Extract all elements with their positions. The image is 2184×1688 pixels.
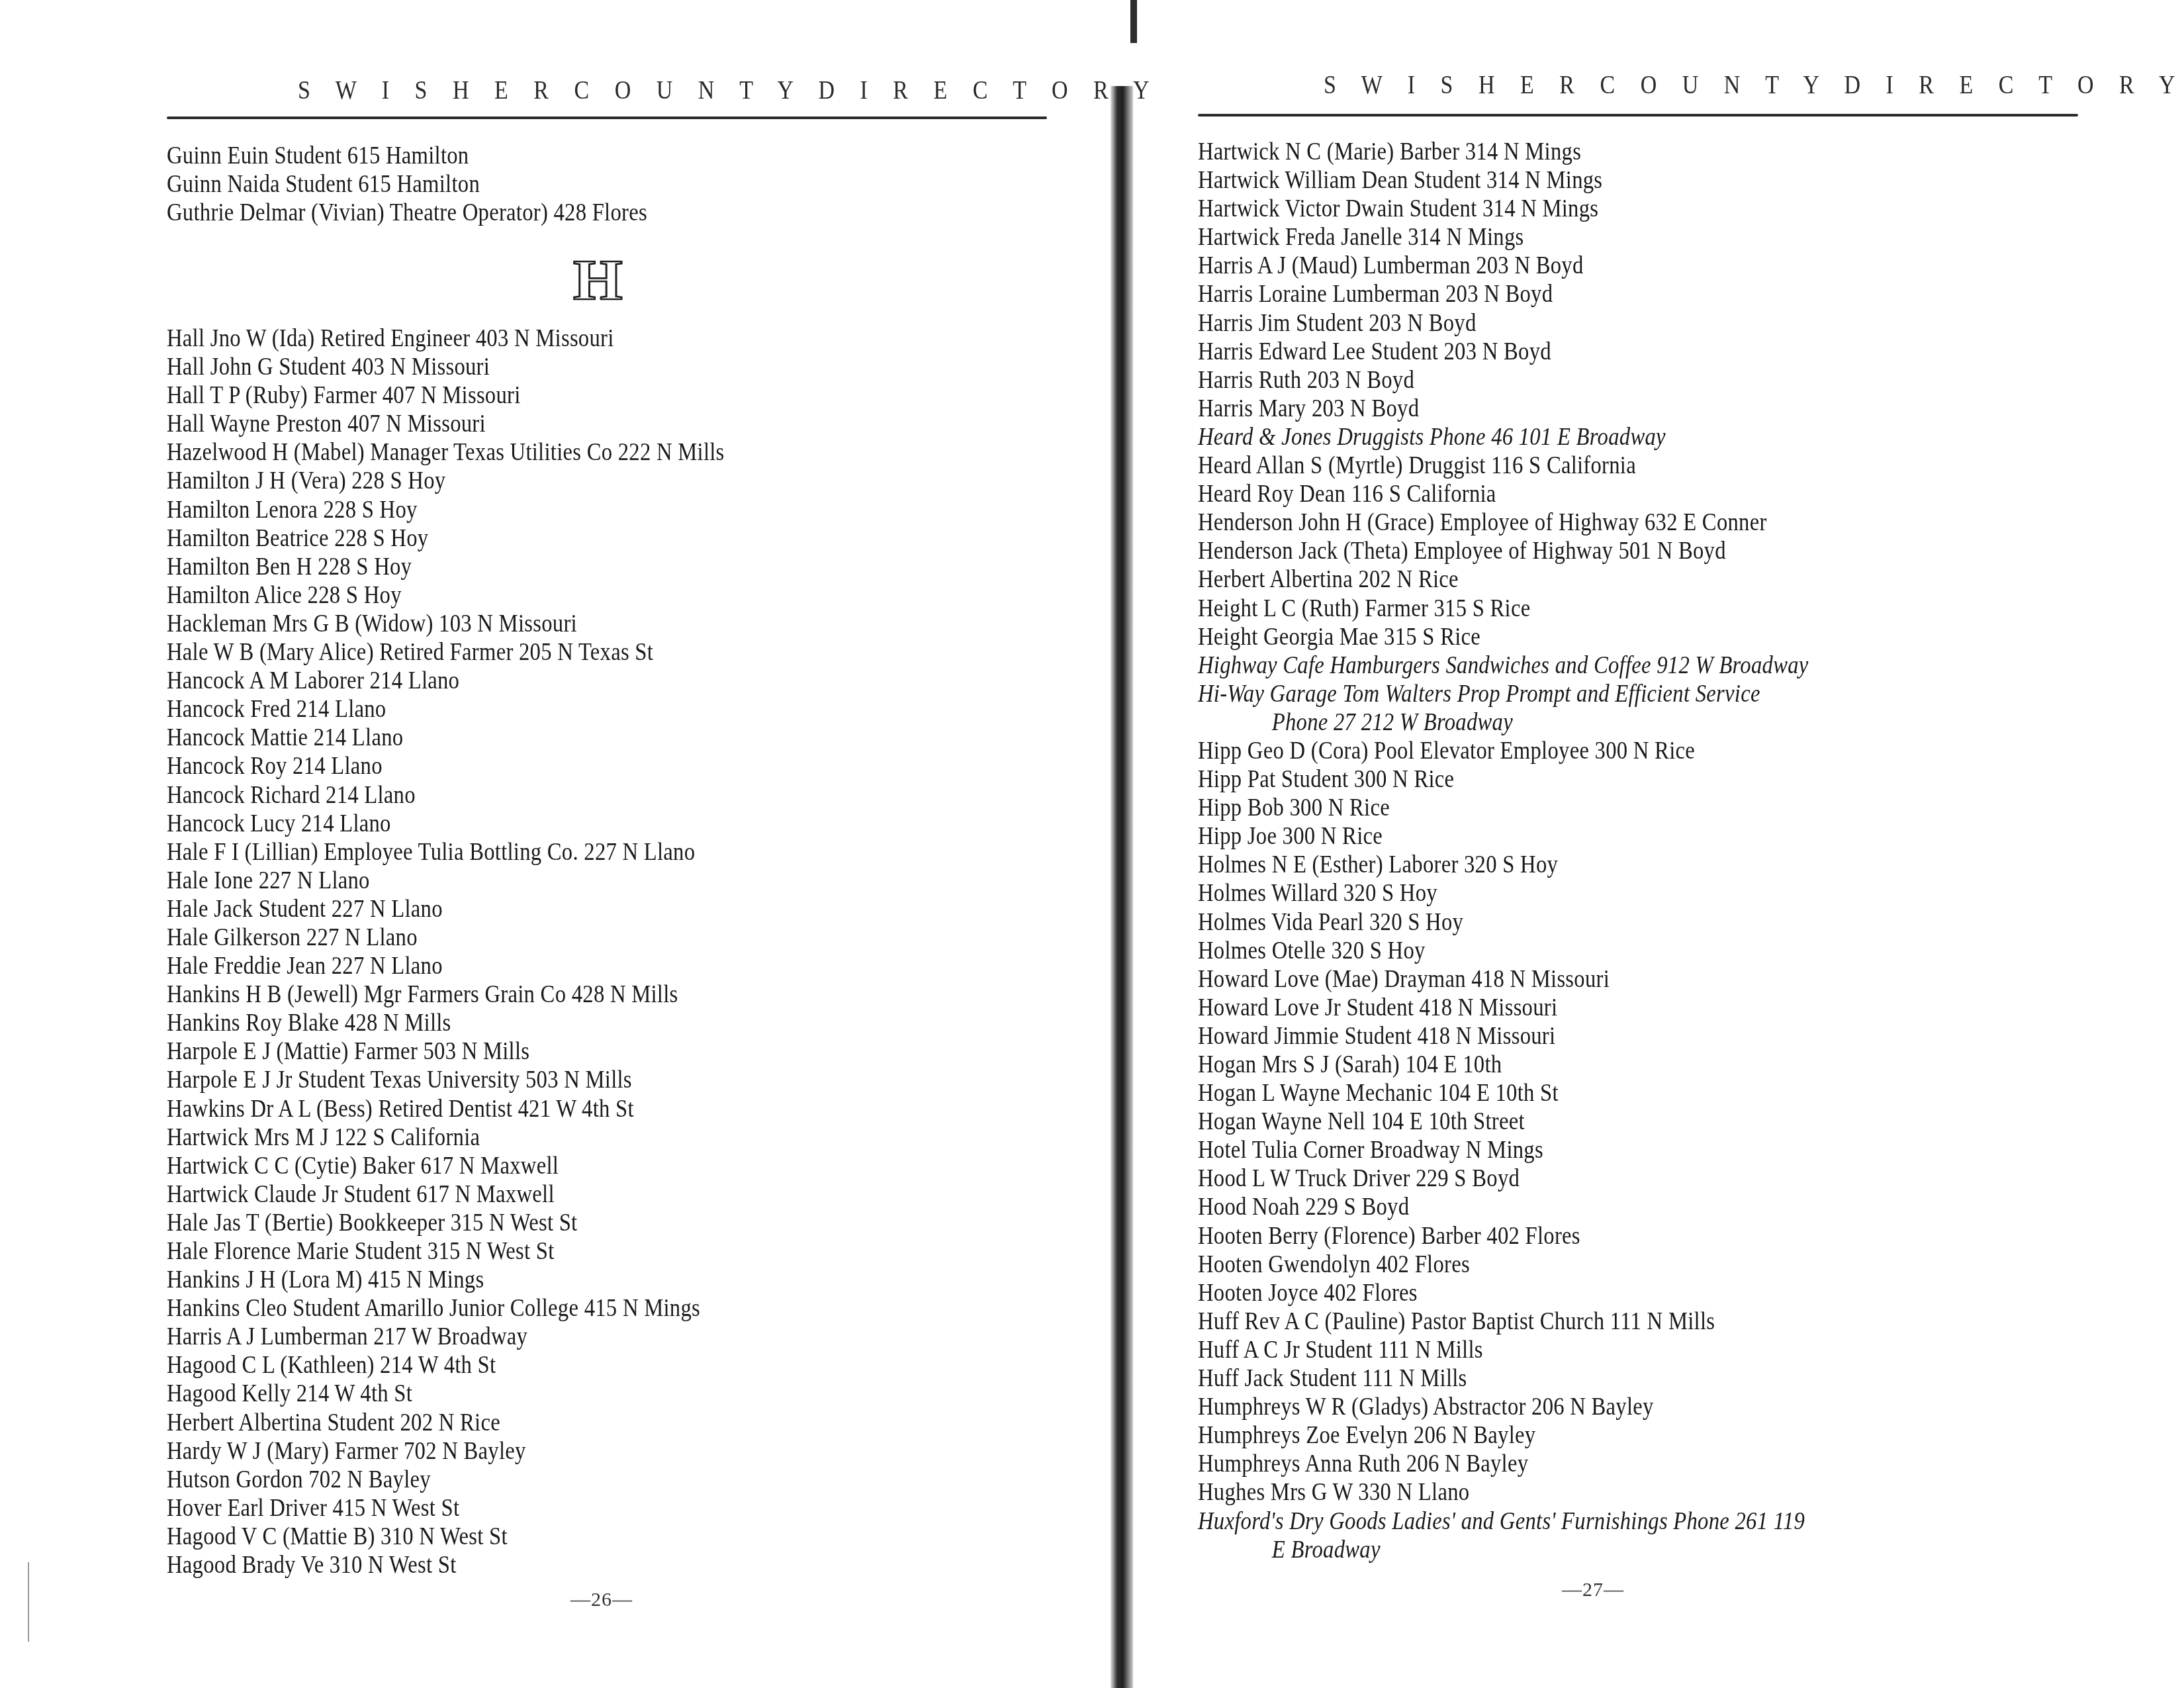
list-item: Howard Love Jr Student 418 N Missouri <box>1198 994 1809 1022</box>
list-item: Hipp Joe 300 N Rice <box>1198 822 1809 851</box>
header-rule <box>1198 114 2078 117</box>
list-item: Humphreys Zoe Evelyn 206 N Bayley <box>1198 1421 1809 1450</box>
list-item: Holmes Willard 320 S Hoy <box>1198 879 1809 908</box>
list-item: Harris Jim Student 203 N Boyd <box>1198 309 1809 338</box>
list-item: Hancock Lucy 214 Llano <box>167 810 725 838</box>
entry-text: Heard & Jones Druggists Phone 46 101 E B… <box>1198 423 1666 451</box>
entry-continuation: E Broadway <box>1198 1536 1809 1564</box>
list-item: Hazelwood H (Mabel) Manager Texas Utilit… <box>167 438 725 467</box>
list-item: Hogan Wayne Nell 104 E 10th Street <box>1198 1107 1809 1136</box>
entry-text: Huff A C Jr Student 111 N Mills <box>1198 1336 1483 1364</box>
entry-text: Hipp Geo D (Cora) Pool Elevator Employee… <box>1198 737 1695 765</box>
entry-text: Highway Cafe Hamburgers Sandwiches and C… <box>1198 651 1809 679</box>
list-item: Harpole E J Jr Student Texas University … <box>167 1066 725 1094</box>
entry-text: Height L C (Ruth) Farmer 315 S Rice <box>1198 594 1530 622</box>
entry-text: Hooten Joyce 402 Flores <box>1198 1279 1418 1307</box>
list-item: Hancock Roy 214 Llano <box>167 752 725 780</box>
page-number: —27— <box>1562 1579 1624 1601</box>
entry-text: Hogan Mrs S J (Sarah) 104 E 10th <box>1198 1051 1502 1078</box>
list-item: Howard Jimmie Student 418 N Missouri <box>1198 1022 1809 1051</box>
list-item: Hale Ione 227 N Llano <box>167 867 725 895</box>
business-listing: Highway Cafe Hamburgers Sandwiches and C… <box>1198 651 1809 680</box>
business-listing: Huxford's Dry Goods Ladies' and Gents' F… <box>1198 1507 1809 1564</box>
entry-text: Huff Rev A C (Pauline) Pastor Baptist Ch… <box>1198 1307 1715 1335</box>
list-item: Hamilton J H (Vera) 228 S Hoy <box>167 467 725 495</box>
list-item: Hale F I (Lillian) Employee Tulia Bottli… <box>167 838 725 867</box>
list-item: Hamilton Alice 228 S Hoy <box>167 581 725 610</box>
section-letter-heading: H <box>573 252 623 308</box>
entry-text: Hughes Mrs G W 330 N Llano <box>1198 1478 1469 1506</box>
entry-text: Harris Jim Student 203 N Boyd <box>1198 309 1477 337</box>
header-rule <box>167 117 1047 119</box>
list-item: Hall John G Student 403 N Missouri <box>167 353 725 381</box>
list-item: Hankins Cleo Student Amarillo Junior Col… <box>167 1294 725 1323</box>
left-page: S W I S H E R C O U N T Y D I R E C T O … <box>0 0 1118 1688</box>
entry-text: Holmes Willard 320 S Hoy <box>1198 879 1437 907</box>
entry-text: Heard Roy Dean 116 S California <box>1198 480 1496 508</box>
entry-text: Holmes Otelle 320 S Hoy <box>1198 937 1426 964</box>
entry-text: Howard Love (Mae) Drayman 418 N Missouri <box>1198 965 1610 993</box>
entry-text: Hogan L Wayne Mechanic 104 E 10th St <box>1198 1079 1559 1107</box>
entry-text: Hooten Berry (Florence) Barber 402 Flore… <box>1198 1222 1580 1250</box>
list-item: Hutson Gordon 702 N Bayley <box>167 1466 725 1494</box>
entry-text: Hogan Wayne Nell 104 E 10th Street <box>1198 1107 1525 1135</box>
list-item: Hankins J H (Lora M) 415 N Mings <box>167 1266 725 1294</box>
entry-text: Henderson John H (Grace) Employee of Hig… <box>1198 508 1767 536</box>
list-item: Hardy W J (Mary) Farmer 702 N Bayley <box>167 1437 725 1466</box>
list-item: Hartwick Claude Jr Student 617 N Maxwell <box>167 1180 725 1209</box>
page-edge-mark <box>28 1562 29 1642</box>
list-item: Heard Allan S (Myrtle) Druggist 116 S Ca… <box>1198 451 1809 480</box>
list-item: Heard Roy Dean 116 S California <box>1198 480 1809 508</box>
list-item: Harpole E J (Mattie) Farmer 503 N Mills <box>167 1037 725 1066</box>
entry-text: Harris Edward Lee Student 203 N Boyd <box>1198 338 1551 365</box>
list-item: Hotel Tulia Corner Broadway N Mings <box>1198 1136 1809 1164</box>
entry-text: Harris A J (Maud) Lumberman 203 N Boyd <box>1198 252 1584 279</box>
list-item: Hover Earl Driver 415 N West St <box>167 1494 725 1523</box>
entry-text: Hartwick William Dean Student 314 N Ming… <box>1198 166 1602 194</box>
list-item: Hamilton Beatrice 228 S Hoy <box>167 524 725 553</box>
list-item: Hall Wayne Preston 407 N Missouri <box>167 410 725 438</box>
list-item: Height Georgia Mae 315 S Rice <box>1198 623 1809 651</box>
list-item: Hartwick Freda Janelle 314 N Mings <box>1198 223 1809 252</box>
running-head: S W I S H E R C O U N T Y D I R E C T O … <box>1324 71 2184 100</box>
entry-text: Hotel Tulia Corner Broadway N Mings <box>1198 1136 1543 1164</box>
entry-text: Hartwick Victor Dwain Student 314 N Ming… <box>1198 195 1598 222</box>
entry-text: Hooten Gwendolyn 402 Flores <box>1198 1250 1470 1278</box>
list-item: Hogan Mrs S J (Sarah) 104 E 10th <box>1198 1051 1809 1079</box>
list-item: Humphreys W R (Gladys) Abstractor 206 N … <box>1198 1393 1809 1421</box>
list-item: Herbert Albertina Student 202 N Rice <box>167 1409 725 1437</box>
list-item: Hale Gilkerson 227 N Llano <box>167 923 725 952</box>
list-item: Hagood V C (Mattie B) 310 N West St <box>167 1523 725 1551</box>
list-item: Huff Jack Student 111 N Mills <box>1198 1364 1809 1393</box>
running-head: S W I S H E R C O U N T Y D I R E C T O … <box>298 76 1159 105</box>
list-item: Guinn Naida Student 615 Hamilton <box>167 170 647 199</box>
entry-text: Huff Jack Student 111 N Mills <box>1198 1364 1467 1392</box>
list-item: Hagood Brady Ve 310 N West St <box>167 1551 725 1579</box>
list-item: Harris Loraine Lumberman 203 N Boyd <box>1198 280 1809 308</box>
list-item: Hancock A M Laborer 214 Llano <box>167 667 725 695</box>
entry-text: Hartwick N C (Marie) Barber 314 N Mings <box>1198 138 1581 165</box>
list-item: Hale Jas T (Bertie) Bookkeeper 315 N Wes… <box>167 1209 725 1237</box>
list-item: Huff Rev A C (Pauline) Pastor Baptist Ch… <box>1198 1307 1809 1336</box>
entry-text: Hartwick Freda Janelle 314 N Mings <box>1198 223 1524 251</box>
list-item: Hagood Kelly 214 W 4th St <box>167 1380 725 1408</box>
entry-text: Height Georgia Mae 315 S Rice <box>1198 623 1480 651</box>
list-item: Height L C (Ruth) Farmer 315 S Rice <box>1198 594 1809 623</box>
list-item: Hipp Geo D (Cora) Pool Elevator Employee… <box>1198 737 1809 765</box>
entry-text: Hipp Joe 300 N Rice <box>1198 822 1383 850</box>
directory-entries: Hall Jno W (Ida) Retired Engineer 403 N … <box>167 324 815 1579</box>
list-item: Hale Jack Student 227 N Llano <box>167 895 725 923</box>
entry-text: Heard Allan S (Myrtle) Druggist 116 S Ca… <box>1198 451 1636 479</box>
list-item: Hamilton Lenora 228 S Hoy <box>167 496 725 524</box>
list-item: Hipp Bob 300 N Rice <box>1198 794 1809 822</box>
directory-entries: Hartwick N C (Marie) Barber 314 N MingsH… <box>1198 138 1908 1564</box>
list-item: Hooten Joyce 402 Flores <box>1198 1279 1809 1307</box>
entry-text: Hipp Pat Student 300 N Rice <box>1198 765 1454 793</box>
list-item: Hughes Mrs G W 330 N Llano <box>1198 1478 1809 1507</box>
list-item: Hall Jno W (Ida) Retired Engineer 403 N … <box>167 324 725 353</box>
entry-text: Howard Jimmie Student 418 N Missouri <box>1198 1022 1555 1050</box>
entry-text: Humphreys Zoe Evelyn 206 N Bayley <box>1198 1421 1535 1449</box>
entry-text: Henderson Jack (Theta) Employee of Highw… <box>1198 537 1726 565</box>
list-item: Henderson John H (Grace) Employee of Hig… <box>1198 508 1809 537</box>
list-item: Hamilton Ben H 228 S Hoy <box>167 553 725 581</box>
list-item: Hood Noah 229 S Boyd <box>1198 1193 1809 1221</box>
list-item: Hartwick William Dean Student 314 N Ming… <box>1198 166 1809 195</box>
list-item: Hagood C L (Kathleen) 214 W 4th St <box>167 1351 725 1380</box>
entry-text: Howard Love Jr Student 418 N Missouri <box>1198 994 1557 1021</box>
list-item: Hartwick N C (Marie) Barber 314 N Mings <box>1198 138 1809 166</box>
list-item: Huff A C Jr Student 111 N Mills <box>1198 1336 1809 1364</box>
list-item: Harris A J (Maud) Lumberman 203 N Boyd <box>1198 252 1809 280</box>
entry-text: Hood Noah 229 S Boyd <box>1198 1193 1409 1221</box>
entry-text: Humphreys Anna Ruth 206 N Bayley <box>1198 1450 1528 1477</box>
list-item: Hartwick Mrs M J 122 S California <box>167 1123 725 1152</box>
entry-text: Harris Ruth 203 N Boyd <box>1198 366 1414 394</box>
business-listing: Heard & Jones Druggists Phone 46 101 E B… <box>1198 423 1809 451</box>
entry-text: Herbert Albertina 202 N Rice <box>1198 565 1459 593</box>
entry-text: Holmes Vida Pearl 320 S Hoy <box>1198 908 1463 936</box>
list-item: Howard Love (Mae) Drayman 418 N Missouri <box>1198 965 1809 994</box>
list-item: Hood L W Truck Driver 229 S Boyd <box>1198 1164 1809 1193</box>
right-page: S W I S H E R C O U N T Y D I R E C T O … <box>1125 0 2184 1688</box>
list-item: Hall T P (Ruby) Farmer 407 N Missouri <box>167 381 725 410</box>
entry-text: Hi-Way Garage Tom Walters Prop Prompt an… <box>1198 680 1760 708</box>
list-item: Hooten Gwendolyn 402 Flores <box>1198 1250 1809 1279</box>
list-item: Herbert Albertina 202 N Rice <box>1198 565 1809 594</box>
list-item: Harris Mary 203 N Boyd <box>1198 395 1809 423</box>
list-item: Hancock Fred 214 Llano <box>167 695 725 724</box>
list-item: Hooten Berry (Florence) Barber 402 Flore… <box>1198 1222 1809 1250</box>
list-item: Hancock Richard 214 Llano <box>167 781 725 810</box>
list-item: Holmes Otelle 320 S Hoy <box>1198 937 1809 965</box>
list-item: Hale W B (Mary Alice) Retired Farmer 205… <box>167 638 725 667</box>
list-item: Holmes N E (Esther) Laborer 320 S Hoy <box>1198 851 1809 879</box>
list-item: Humphreys Anna Ruth 206 N Bayley <box>1198 1450 1809 1478</box>
list-item: Hale Florence Marie Student 315 N West S… <box>167 1237 725 1266</box>
list-item: Hankins H B (Jewell) Mgr Farmers Grain C… <box>167 980 725 1009</box>
list-item: Harris Ruth 203 N Boyd <box>1198 366 1809 395</box>
list-item: Holmes Vida Pearl 320 S Hoy <box>1198 908 1809 937</box>
list-item: Hogan L Wayne Mechanic 104 E 10th St <box>1198 1079 1809 1107</box>
list-item: Harris Edward Lee Student 203 N Boyd <box>1198 338 1809 366</box>
list-item: Harris A J Lumberman 217 W Broadway <box>167 1323 725 1351</box>
continued-entries: Guinn Euin Student 615 Hamilton Guinn Na… <box>167 142 725 227</box>
page-number: —26— <box>570 1589 633 1611</box>
list-item: Hankins Roy Blake 428 N Mills <box>167 1009 725 1037</box>
list-item: Hancock Mattie 214 Llano <box>167 724 725 752</box>
entry-text: Huxford's Dry Goods Ladies' and Gents' F… <box>1198 1507 1805 1535</box>
entry-continuation: Phone 27 212 W Broadway <box>1198 708 1809 737</box>
list-item: Guinn Euin Student 615 Hamilton <box>167 142 647 170</box>
list-item: Hipp Pat Student 300 N Rice <box>1198 765 1809 794</box>
list-item: Hackleman Mrs G B (Widow) 103 N Missouri <box>167 610 725 638</box>
list-item: Hale Freddie Jean 227 N Llano <box>167 952 725 980</box>
entry-text: Harris Loraine Lumberman 203 N Boyd <box>1198 280 1553 308</box>
list-item: Hawkins Dr A L (Bess) Retired Dentist 42… <box>167 1095 725 1123</box>
entry-text: Hipp Bob 300 N Rice <box>1198 794 1390 821</box>
entry-text: Harris Mary 203 N Boyd <box>1198 395 1419 422</box>
entry-text: Humphreys W R (Gladys) Abstractor 206 N … <box>1198 1393 1654 1421</box>
list-item: Henderson Jack (Theta) Employee of Highw… <box>1198 537 1809 565</box>
list-item: Guthrie Delmar (Vivian) Theatre Operator… <box>167 199 647 227</box>
list-item: Hartwick Victor Dwain Student 314 N Ming… <box>1198 195 1809 223</box>
entry-text: Hood L W Truck Driver 229 S Boyd <box>1198 1164 1520 1192</box>
business-listing: Hi-Way Garage Tom Walters Prop Prompt an… <box>1198 680 1809 737</box>
list-item: Hartwick C C (Cytie) Baker 617 N Maxwell <box>167 1152 725 1180</box>
entry-text: Holmes N E (Esther) Laborer 320 S Hoy <box>1198 851 1558 878</box>
